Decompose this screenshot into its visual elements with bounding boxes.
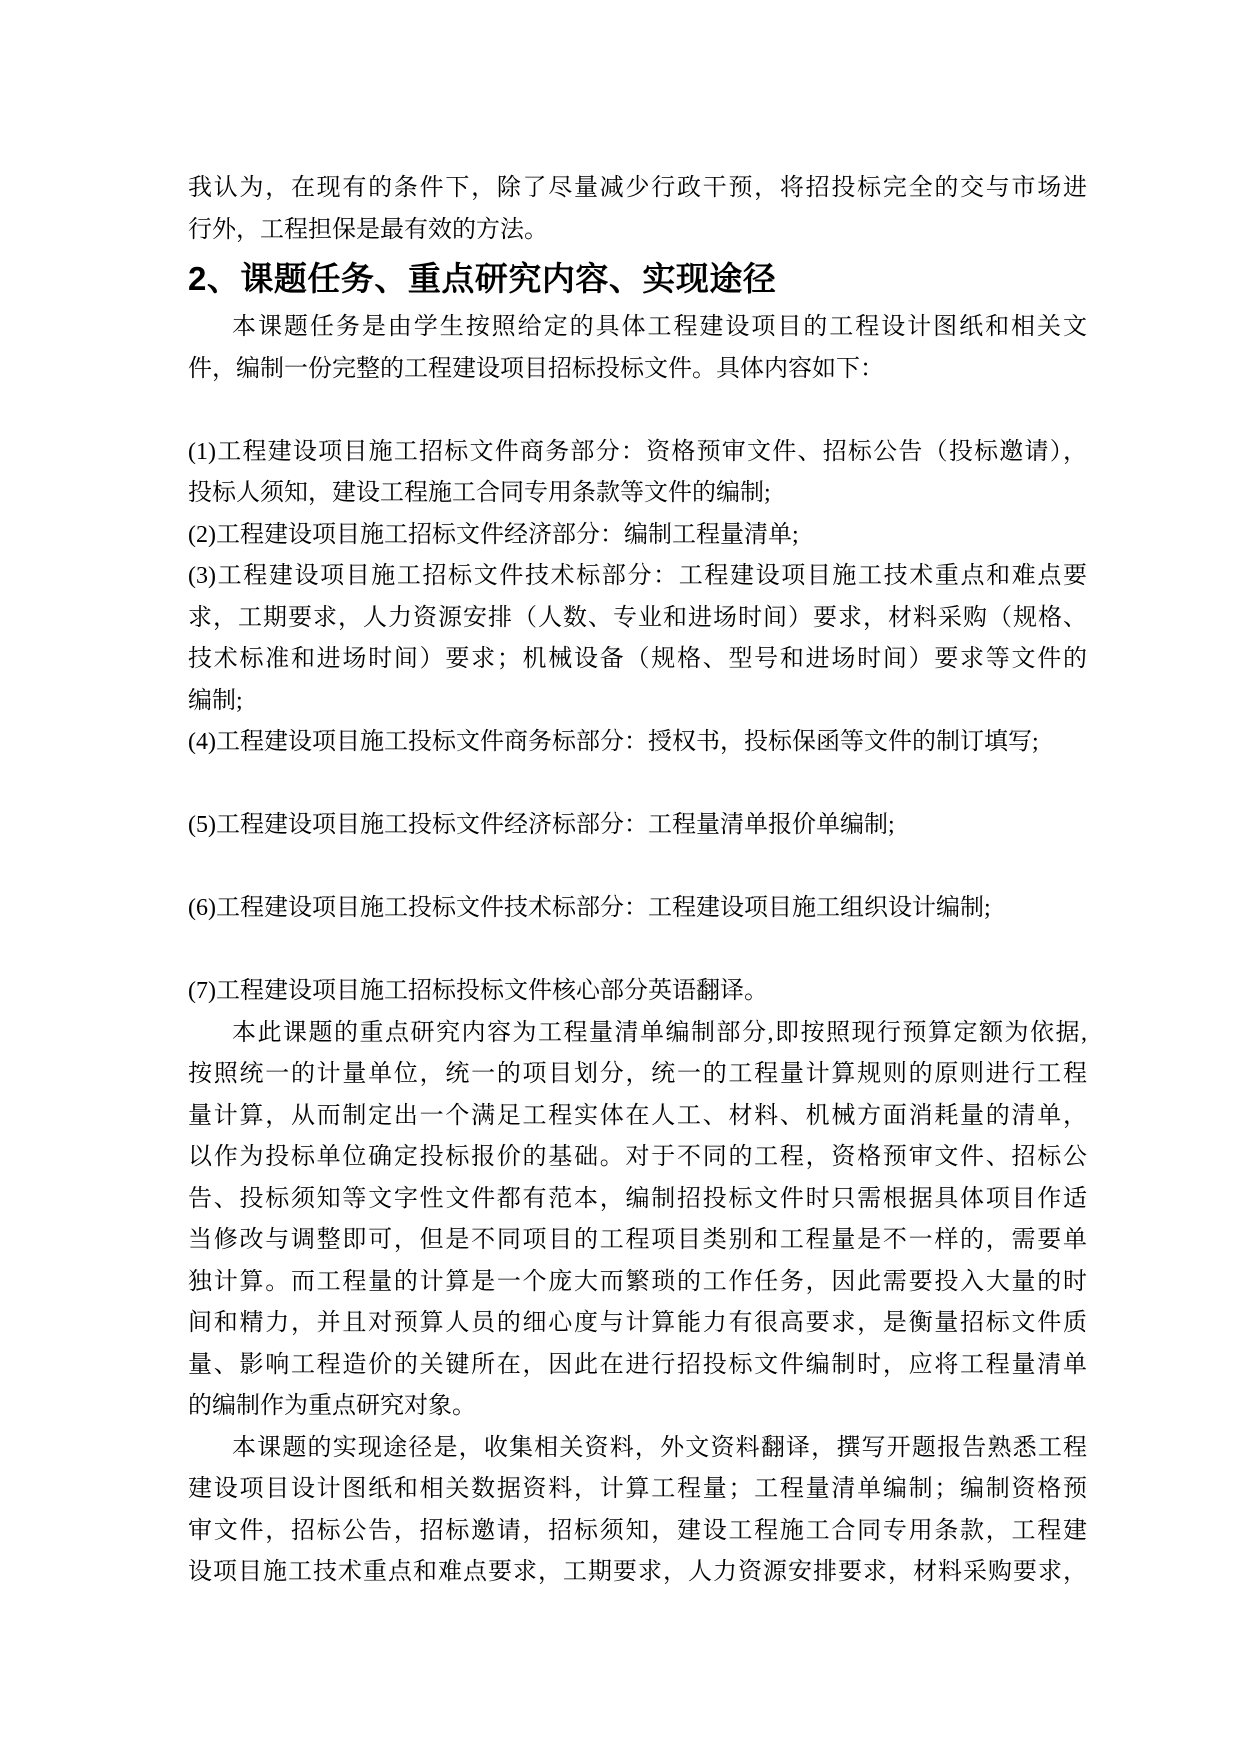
list-item-line: (1)工程建设项目施工招标文件商务部分：资格预审文件、招标公告（投标邀请）， [188,432,1087,474]
body-line: 告、投标须知等文字性文件都有范本，编制招投标文件时只需根据具体项目作适 [188,1179,1087,1221]
body-line: 件，编制一份完整的工程建设项目招标投标文件。具体内容如下： [188,349,1087,391]
body-line: 本此课题的重点研究内容为工程量清单编制部分,即按照现行预算定额为依据, [188,1013,1087,1055]
list-item-line: (4)工程建设项目施工投标文件商务标部分：授权书，投标保函等文件的制订填写; [188,722,1087,764]
body-line: 审文件，招标公告，招标邀请，招标须知，建设工程施工合同专用条款，工程建 [188,1511,1087,1553]
body-line: 设项目施工技术重点和难点要求，工期要求，人力资源安排要求，材料采购要求， [188,1552,1087,1594]
body-line: 独计算。而工程量的计算是一个庞大而繁琐的工作任务，因此需要投入大量的时 [188,1262,1087,1304]
body-line: 我认为，在现有的条件下，除了尽量减少行政干预，将招投标完全的交与市场进 [188,168,1087,210]
list-item-line: (3)工程建设项目施工招标文件技术标部分：工程建设项目施工技术重点和难点要 [188,556,1087,598]
blank-line [188,930,1087,972]
body-line: 行外，工程担保是最有效的方法。 [188,210,1087,252]
blank-line [188,764,1087,806]
body-line: 量、影响工程造价的关键所在，因此在进行招投标文件编制时，应将工程量清单 [188,1345,1087,1387]
body-line: 本课题的实现途径是，收集相关资料，外文资料翻译，撰写开题报告熟悉工程 [188,1428,1087,1470]
list-item-line: 投标人须知，建设工程施工合同专用条款等文件的编制; [188,473,1087,515]
list-item-line: (2)工程建设项目施工招标文件经济部分：编制工程量清单; [188,515,1087,557]
list-item-line: 编制; [188,681,1087,723]
body-line: 量计算，从而制定出一个满足工程实体在人工、材料、机械方面消耗量的清单， [188,1096,1087,1138]
blank-line [188,847,1087,889]
blank-line [188,390,1087,432]
list-item-line: (6)工程建设项目施工投标文件技术标部分：工程建设项目施工组织设计编制; [188,888,1087,930]
document-page: 我认为，在现有的条件下，除了尽量减少行政干预，将招投标完全的交与市场进 行外，工… [0,0,1241,1754]
body-line: 以作为投标单位确定投标报价的基础。对于不同的工程，资格预审文件、招标公 [188,1137,1087,1179]
list-item-line: 求，工期要求，人力资源安排（人数、专业和进场时间）要求，材料采购（规格、 [188,598,1087,640]
body-line: 建设项目设计图纸和相关数据资料，计算工程量；工程量清单编制；编制资格预 [188,1469,1087,1511]
page-content: 我认为，在现有的条件下，除了尽量减少行政干预，将招投标完全的交与市场进 行外，工… [188,168,1087,1594]
body-line: 按照统一的计量单位，统一的项目划分，统一的工程量计算规则的原则进行工程 [188,1054,1087,1096]
section-heading: 2、课题任务、重点研究内容、实现途径 [188,251,1087,307]
body-line: 本课题任务是由学生按照给定的具体工程建设项目的工程设计图纸和相关文 [188,307,1087,349]
body-line: 间和精力，并且对预算人员的细心度与计算能力有很高要求，是衡量招标文件质 [188,1303,1087,1345]
list-item-line: (5)工程建设项目施工投标文件经济标部分：工程量清单报价单编制; [188,805,1087,847]
body-line: 的编制作为重点研究对象。 [188,1386,1087,1428]
body-line: 当修改与调整即可，但是不同项目的工程项目类别和工程量是不一样的，需要单 [188,1220,1087,1262]
list-item-line: 技术标准和进场时间）要求；机械设备（规格、型号和进场时间）要求等文件的 [188,639,1087,681]
list-item-line: (7)工程建设项目施工招标投标文件核心部分英语翻译。 [188,971,1087,1013]
